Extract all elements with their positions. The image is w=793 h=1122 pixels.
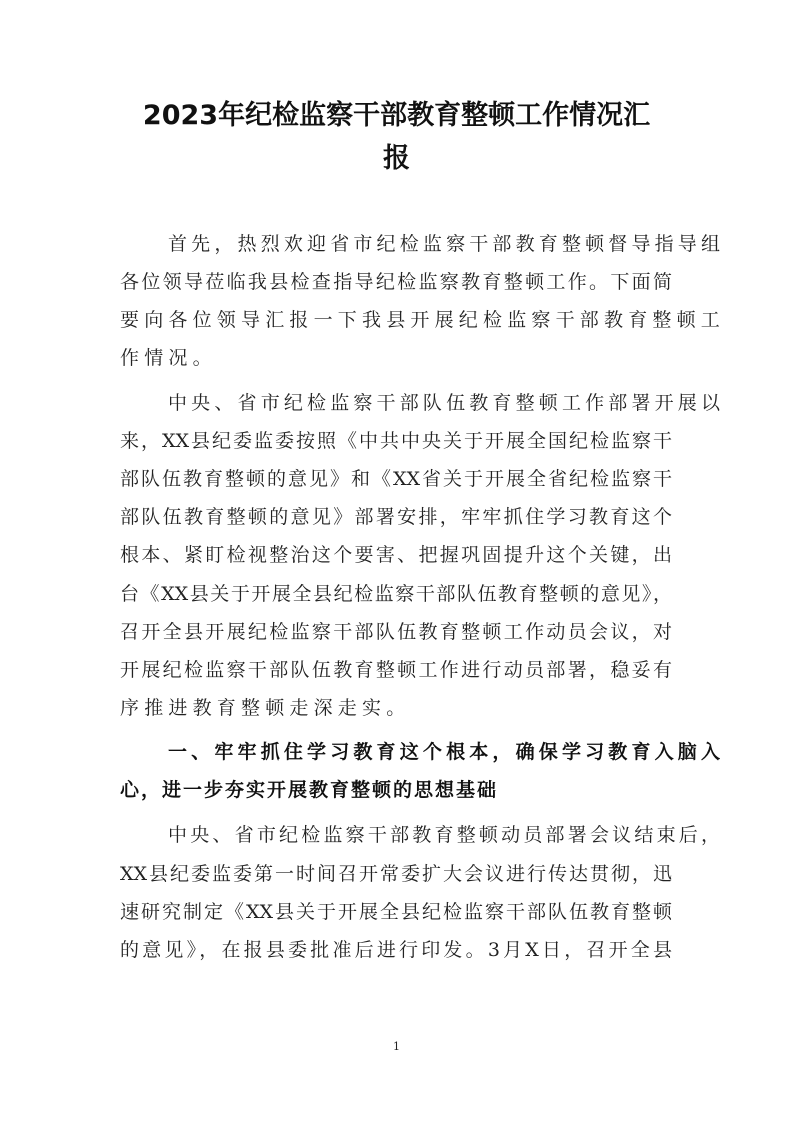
paragraph-1-line-4: 作情况。	[120, 344, 680, 372]
paragraph-3-line-2: XX县纪委监委第一时间召开常委扩大会议进行传达贯彻，迅	[120, 860, 672, 888]
paragraph-2-line-2: 来，XX县纪委监委按照《中共中央关于开展全国纪检监察干	[120, 427, 672, 455]
paragraph-2-line-6: 台《XX县关于开展全县纪检监察干部队伍教育整顿的意见》，	[120, 580, 672, 608]
paragraph-2-line-1: 中央、省市纪检监察干部队伍教育整顿工作部署开展以	[168, 389, 720, 417]
paragraph-2-line-9: 序推进教育整顿走深走实。	[120, 694, 680, 722]
paragraph-1-line-3: 要向各位领导汇报一下我县开展纪检监察干部教育整顿工	[120, 306, 680, 334]
paragraph-2-line-7: 召开全县开展纪检监察干部队伍教育整顿工作动员会议，对	[120, 618, 672, 646]
section-heading-line-1: 一、牢牢抓住学习教育这个根本，确保学习教育入脑入	[168, 738, 720, 766]
document-title-line-1: 2023年纪检监察干部教育整顿工作情况汇	[100, 95, 693, 137]
paragraph-3-line-1: 中央、省市纪检监察干部教育整顿动员部署会议结束后，	[168, 821, 720, 849]
page-number: 1	[0, 1040, 793, 1053]
paragraph-3-line-3: 速研究制定《XX县关于开展全县纪检监察干部队伍教育整顿	[120, 898, 672, 926]
document-page: 2023年纪检监察干部教育整顿工作情况汇 报 首先，热烈欢迎省市纪检监察干部教育…	[0, 0, 793, 1122]
section-heading-line-2: 心，进一步夯实开展教育整顿的思想基础	[120, 776, 680, 804]
paragraph-1-line-2: 各位领导莅临我县检查指导纪检监察教育整顿工作。下面简	[120, 268, 672, 296]
paragraph-1-line-1: 首先，热烈欢迎省市纪检监察干部教育整顿督导指导组	[168, 230, 720, 258]
paragraph-2-line-4: 部队伍教育整顿的意见》部署安排，牢牢抓住学习教育这个	[120, 503, 672, 531]
document-title-line-2: 报	[100, 138, 693, 180]
paragraph-2-line-3: 部队伍教育整顿的意见》和《XX省关于开展全省纪检监察干	[120, 465, 672, 493]
paragraph-2-line-5: 根本、紧盯检视整治这个要害、把握巩固提升这个关键，出	[120, 541, 672, 569]
paragraph-2-line-8: 开展纪检监察干部队伍教育整顿工作进行动员部署，稳妥有	[120, 656, 672, 684]
paragraph-3-line-4: 的意见》，在报县委批准后进行印发。3月X日，召开全县	[120, 936, 672, 964]
